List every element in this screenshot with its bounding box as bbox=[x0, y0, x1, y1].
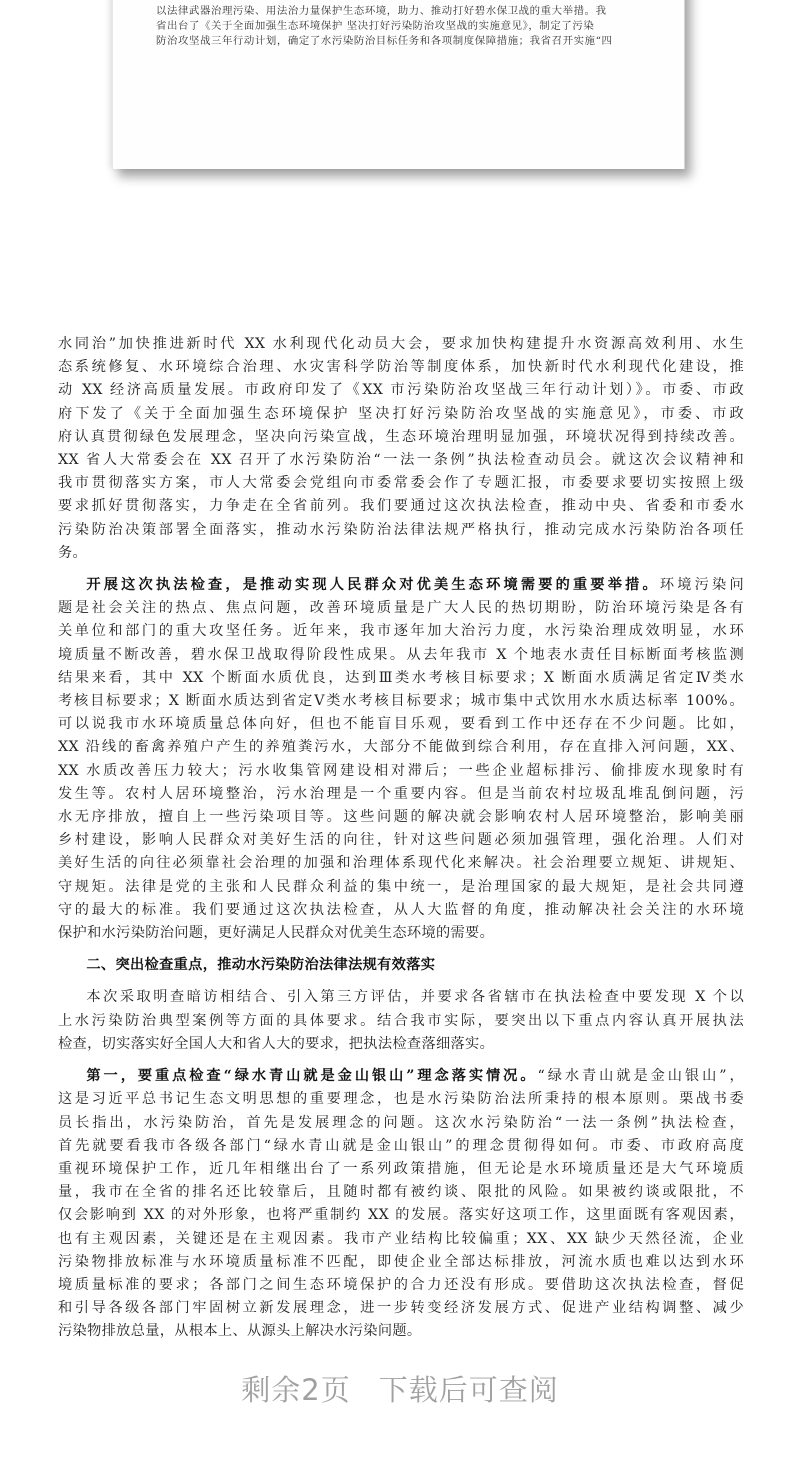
paragraph-lead-rest: 环境污染问 bbox=[660, 577, 744, 593]
text-line: 态系统修复、水环境综合治理、水灾害科学防治等制度体系，加快新时代水利现代化建设，… bbox=[58, 356, 744, 379]
text-line: 水无序排放，擅自上一些污染项目等。这些问题的解决就会影响农村人居环境整治，影响美… bbox=[58, 806, 744, 829]
text-line: 上水污染防治典型案例等方面的具体要求。结合我市实际，要突出以下重点内容认真开展执… bbox=[58, 1010, 744, 1033]
remaining-pages-label[interactable]: 剩余2页 bbox=[241, 1373, 350, 1407]
text-line: XX 沿线的畜禽养殖户产生的养殖粪污水，大部分不能做到综合利用，存在直排入河问题… bbox=[58, 736, 744, 759]
text-line: 府下发了《关于全面加强生态环境保护 坚决打好污染防治攻坚战的实施意见》，市委、市… bbox=[58, 403, 744, 426]
text-line: 污染物排放总量，从根本上、从源头上解决水污染问题。 bbox=[58, 1320, 744, 1343]
text-line: 和引导各级各部门牢固树立新发展理念，进一步转变经济发展方式、促进产业结构调整、减… bbox=[58, 1297, 744, 1320]
text-line: 关单位和部门的重大攻坚任务。近年来，我市逐年加大治污力度，水污染治理成效明显，水… bbox=[58, 620, 744, 643]
paragraph-4: 第一，要重点检查“绿水青山就是金山银山”理念落实情况。“绿水青山就是金山银山”，… bbox=[58, 1065, 744, 1343]
text-line: 首先就要看我市各级各部门“绿水青山就是金山银山”的理念贯彻得如何。市委、市政府高… bbox=[58, 1135, 744, 1158]
download-to-read-more-banner[interactable]: 剩余2页下载后可查阅 bbox=[0, 1368, 800, 1409]
text-line: XX 水质改善压力较大；污水收集管网建设相对滞后；一些企业超标排污、偷排废水现象… bbox=[58, 760, 744, 783]
text-line: 保护和水污染防治问题，更好满足人民群众对优美生态环境的需要。 bbox=[58, 922, 744, 945]
paragraph-1: 水同治”加快推进新时代 XX 水利现代化动员大会，要求加快构建提升水资源高效利用… bbox=[58, 333, 744, 565]
document-body: 水同治”加快推进新时代 XX 水利现代化动员大会，要求加快构建提升水资源高效利用… bbox=[58, 333, 744, 1344]
text-line: 乡村建设，影响人民群众对美好生活的向往，针对这些问题必须加强管理，强化治理。人们… bbox=[58, 829, 744, 852]
paragraph-3: 本次采取明查暗访相结合、引入第三方评估，并要求各省辖市在执法检查中要发现 X 个… bbox=[58, 986, 744, 1056]
section-heading-2: 二、突出检查重点，推动水污染防治法律法规有效落实 bbox=[58, 954, 744, 977]
paragraph-2: 开展这次执法检查，是推动实现人民群众对优美生态环境需要的重要举措。环境污染问 题… bbox=[58, 574, 744, 945]
text-line: 发生等。农村人居环境整治，污水治理是一个重要内容。但是当前农村垃圾乱堆乱倒问题，… bbox=[58, 783, 744, 806]
text-line: 境质量标准的要求；各部门之间生态环境保护的合力还没有形成。要借助这次执法检查，督… bbox=[58, 1274, 744, 1297]
preview-line: 防治攻坚战三年行动计划，确定了水污染防治目标任务和各项制度保障措施；我省召开实施… bbox=[156, 34, 644, 49]
text-line: 第一，要重点检查“绿水青山就是金山银山”理念落实情况。“绿水青山就是金山银山”， bbox=[58, 1065, 744, 1088]
text-line: 美好生活的向往必须靠社会治理的加强和治理体系现代化来解决。社会治理要立规矩、讲规… bbox=[58, 852, 744, 875]
text-line: 动 XX 经济高质量发展。市政府印发了《XX 市污染防治攻坚战三年行动计划）》。… bbox=[58, 379, 744, 402]
text-line: 水同治”加快推进新时代 XX 水利现代化动员大会，要求加快构建提升水资源高效利用… bbox=[58, 333, 744, 356]
preview-line: 以法律武器治理污染、用法治力量保护生态环境，助力、推动打好碧水保卫战的重大举措。… bbox=[156, 4, 644, 19]
paragraph-lead-bold: 第一，要重点检查“绿水青山就是金山银山”理念落实情况。 bbox=[86, 1068, 537, 1084]
text-line: 重视环境保护工作，近几年相继出台了一系列政策措施，但无论是水环境质量还是大气环境… bbox=[58, 1158, 744, 1181]
text-line: 守的最大的标准。我们要通过这次执法检查，从人大监督的角度，推动解决社会关注的水环… bbox=[58, 899, 744, 922]
download-hint-label[interactable]: 下载后可查阅 bbox=[379, 1373, 559, 1407]
text-line: 可以说我市水环境质量总体向好，但也不能盲目乐观，要看到工作中还存在不少问题。比如… bbox=[58, 713, 744, 736]
text-line: 本次采取明查暗访相结合、引入第三方评估，并要求各省辖市在执法检查中要发现 X 个… bbox=[58, 986, 744, 1009]
text-line: 检查，切实落实好全国人大和省人大的要求，把执法检查落细落实。 bbox=[58, 1033, 744, 1056]
text-line: 守规矩。法律是党的主张和人民群众利益的集中统一，是治理国家的最大规矩，是社会共同… bbox=[58, 876, 744, 899]
text-line: 员长指出，水污染防治，首先是发展理念的问题。这次水污染防治“一法一条例”执法检查… bbox=[58, 1112, 744, 1135]
text-line: 开展这次执法检查，是推动实现人民群众对优美生态环境需要的重要举措。环境污染问 bbox=[58, 574, 744, 597]
paragraph-lead-bold: 开展这次执法检查，是推动实现人民群众对优美生态环境需要的重要举措。 bbox=[86, 577, 660, 593]
text-line: 务。 bbox=[58, 542, 744, 565]
preview-card-text: 以法律武器治理污染、用法治力量保护生态环境，助力、推动打好碧水保卫战的重大举措。… bbox=[156, 4, 644, 49]
text-line: 要求抓好贯彻落实，力争走在全省前列。我们要通过这次执法检查，推动中央、省委和市委… bbox=[58, 495, 744, 518]
text-line: 量，我市在全省的排名还比较靠后，且随时都有被约谈、限批的风险。如果被约谈或限批，… bbox=[58, 1181, 744, 1204]
text-line: XX 省人大常委会在 XX 召开了水污染防治“一法一条例”执法检查动员会。就这次… bbox=[58, 449, 744, 472]
text-line: 这是习近平总书记生态文明思想的重要理念，也是水污染防治法所秉持的根本原则。栗战书… bbox=[58, 1088, 744, 1111]
text-line: 境质量不断改善，碧水保卫战取得阶段性成果。从去年我市 X 个地表水责任目标断面考… bbox=[58, 644, 744, 667]
text-line: 污染防治决策部署全面落实，推动水污染防治法律法规严格执行，推动完成水污染防治各项… bbox=[58, 519, 744, 542]
text-line: 污染物排放标准与水环境质量标准不匹配，即使企业全部达标排放，河流水质也难以达到水… bbox=[58, 1251, 744, 1274]
text-line: 也有主观因素，关键还是在主观因素。我市产业结构比较偏重；XX、XX 缺少天然径流… bbox=[58, 1228, 744, 1251]
previous-page-preview-card: 以法律武器治理污染、用法治力量保护生态环境，助力、推动打好碧水保卫战的重大举措。… bbox=[112, 0, 685, 169]
text-line: 题是社会关注的热点、焦点问题，改善环境质量是广大人民的热切期盼，防治环境污染是各… bbox=[58, 597, 744, 620]
paragraph-lead-rest: “绿水青山就是金山银山”， bbox=[537, 1068, 744, 1084]
text-line: 府认真贯彻绿色发展理念，坚决向污染宣战，生态环境治理明显加强，环境状况得到持续改… bbox=[58, 426, 744, 449]
preview-line: 省出台了《关于全面加强生态环境保护 坚决打好污染防治攻坚战的实施意见》，制定了污… bbox=[156, 19, 644, 34]
text-line: 仅会影响到 XX 的对外形象，也将严重制约 XX 的发展。落实好这项工作，这里面… bbox=[58, 1204, 744, 1227]
text-line: 结果来看，其中 XX 个断面水质优良，达到Ⅲ类水考核目标要求；X 断面水质满足省… bbox=[58, 667, 744, 690]
text-line: 考核目标要求；X 断面水质达到省定Ⅴ类水考核目标要求；城市集中式饮用水水质达标率… bbox=[58, 690, 744, 713]
text-line: 我市贯彻落实方案，市人大常委会党组向市委常委会作了专题汇报，市委要求要切实按照上… bbox=[58, 472, 744, 495]
